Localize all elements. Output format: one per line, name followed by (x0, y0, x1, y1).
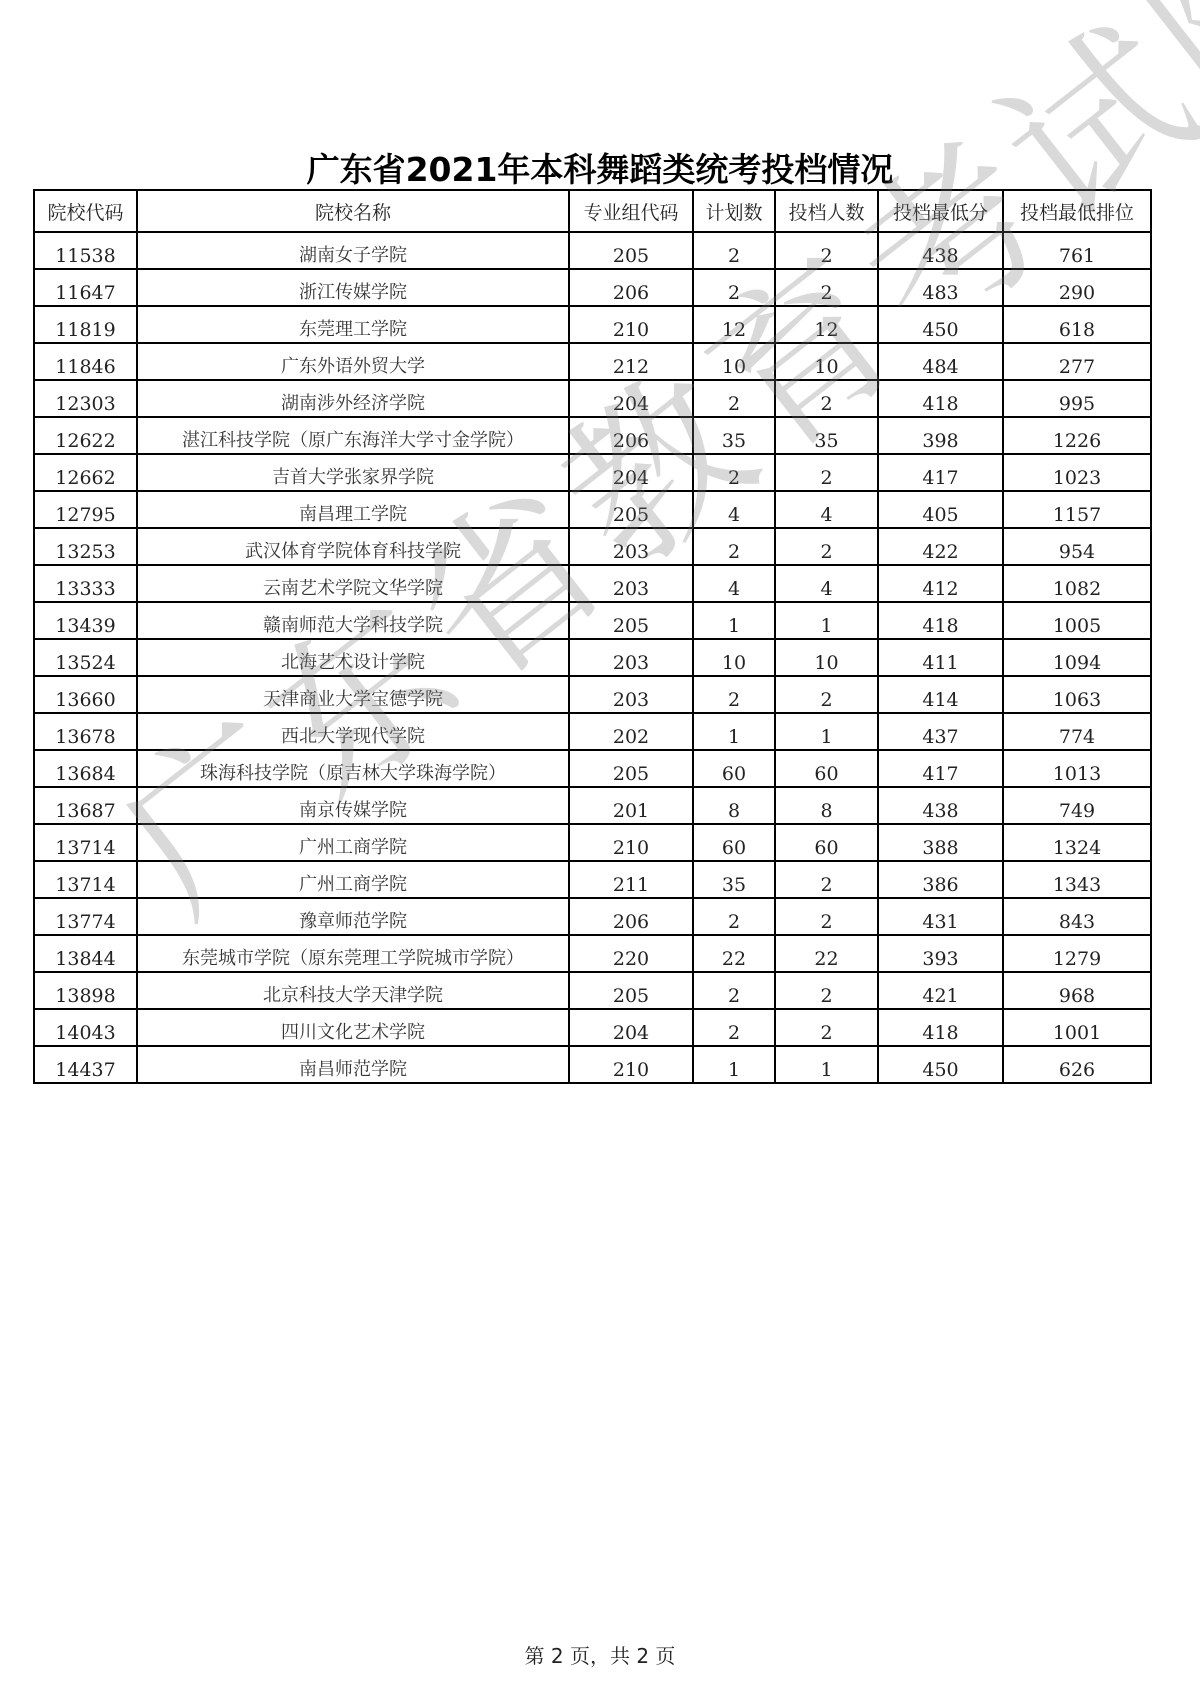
cell-school-name: 北京科技大学天津学院 (137, 972, 569, 1009)
cell-admitted-count: 60 (775, 750, 878, 787)
cell-group-code: 212 (569, 343, 693, 380)
table-header-row: 院校代码 院校名称 专业组代码 计划数 投档人数 投档最低分 投档最低排位 (34, 190, 1151, 232)
cell-group-code: 206 (569, 269, 693, 306)
cell-plan-count: 2 (693, 454, 775, 491)
cell-plan-count: 2 (693, 269, 775, 306)
table-row: 13253武汉体育学院体育科技学院20322422954 (34, 528, 1151, 565)
cell-min-rank: 1343 (1003, 861, 1151, 898)
cell-school-name: 豫章师范学院 (137, 898, 569, 935)
cell-group-code: 205 (569, 750, 693, 787)
table-row: 13439赣南师范大学科技学院205114181005 (34, 602, 1151, 639)
cell-admitted-count: 2 (775, 898, 878, 935)
cell-school-name: 东莞城市学院（原东莞理工学院城市学院） (137, 935, 569, 972)
cell-admitted-count: 1 (775, 602, 878, 639)
table-row: 14437南昌师范学院21011450626 (34, 1046, 1151, 1083)
cell-school-code: 14437 (34, 1046, 137, 1083)
header-min-score: 投档最低分 (878, 190, 1003, 232)
header-plan-count: 计划数 (693, 190, 775, 232)
cell-min-score: 398 (878, 417, 1003, 454)
cell-min-score: 484 (878, 343, 1003, 380)
cell-plan-count: 2 (693, 1009, 775, 1046)
cell-min-rank: 968 (1003, 972, 1151, 1009)
cell-min-rank: 1013 (1003, 750, 1151, 787)
cell-group-code: 202 (569, 713, 693, 750)
cell-group-code: 204 (569, 380, 693, 417)
cell-plan-count: 2 (693, 528, 775, 565)
cell-min-rank: 290 (1003, 269, 1151, 306)
cell-admitted-count: 12 (775, 306, 878, 343)
cell-min-rank: 626 (1003, 1046, 1151, 1083)
cell-min-score: 422 (878, 528, 1003, 565)
table-row: 13687南京传媒学院20188438749 (34, 787, 1151, 824)
table-body: 11538湖南女子学院2052243876111647浙江传媒学院2062248… (34, 232, 1151, 1083)
cell-school-code: 11538 (34, 232, 137, 269)
cell-school-code: 13774 (34, 898, 137, 935)
cell-school-code: 13844 (34, 935, 137, 972)
cell-group-code: 206 (569, 417, 693, 454)
cell-min-rank: 1094 (1003, 639, 1151, 676)
cell-school-code: 13714 (34, 861, 137, 898)
cell-group-code: 204 (569, 454, 693, 491)
cell-admitted-count: 2 (775, 676, 878, 713)
cell-admitted-count: 2 (775, 232, 878, 269)
cell-school-name: 湖南涉外经济学院 (137, 380, 569, 417)
cell-admitted-count: 2 (775, 454, 878, 491)
table-row: 13660天津商业大学宝德学院203224141063 (34, 676, 1151, 713)
cell-min-rank: 761 (1003, 232, 1151, 269)
cell-plan-count: 2 (693, 972, 775, 1009)
cell-min-score: 438 (878, 787, 1003, 824)
table-row: 13333云南艺术学院文华学院203444121082 (34, 565, 1151, 602)
cell-min-score: 386 (878, 861, 1003, 898)
cell-school-name: 南京传媒学院 (137, 787, 569, 824)
cell-plan-count: 1 (693, 1046, 775, 1083)
cell-group-code: 211 (569, 861, 693, 898)
cell-admitted-count: 2 (775, 861, 878, 898)
cell-min-rank: 749 (1003, 787, 1151, 824)
cell-admitted-count: 2 (775, 269, 878, 306)
cell-school-name: 云南艺术学院文华学院 (137, 565, 569, 602)
cell-school-code: 13684 (34, 750, 137, 787)
cell-admitted-count: 60 (775, 824, 878, 861)
cell-group-code: 220 (569, 935, 693, 972)
cell-min-score: 412 (878, 565, 1003, 602)
cell-group-code: 203 (569, 639, 693, 676)
cell-min-rank: 995 (1003, 380, 1151, 417)
cell-admitted-count: 2 (775, 1009, 878, 1046)
table-row: 11647浙江传媒学院20622483290 (34, 269, 1151, 306)
cell-plan-count: 1 (693, 602, 775, 639)
table-row: 13774豫章师范学院20622431843 (34, 898, 1151, 935)
header-school-code: 院校代码 (34, 190, 137, 232)
cell-min-score: 405 (878, 491, 1003, 528)
cell-school-code: 13714 (34, 824, 137, 861)
cell-min-score: 450 (878, 1046, 1003, 1083)
cell-school-code: 11846 (34, 343, 137, 380)
table-row: 11846广东外语外贸大学2121010484277 (34, 343, 1151, 380)
cell-plan-count: 22 (693, 935, 775, 972)
cell-school-name: 天津商业大学宝德学院 (137, 676, 569, 713)
cell-min-score: 388 (878, 824, 1003, 861)
cell-group-code: 210 (569, 1046, 693, 1083)
cell-school-name: 湖南女子学院 (137, 232, 569, 269)
cell-admitted-count: 10 (775, 343, 878, 380)
cell-school-code: 12662 (34, 454, 137, 491)
cell-school-code: 13687 (34, 787, 137, 824)
cell-plan-count: 35 (693, 861, 775, 898)
table-row: 13684珠海科技学院（原吉林大学珠海学院）20560604171013 (34, 750, 1151, 787)
cell-school-name: 浙江传媒学院 (137, 269, 569, 306)
table-row: 13678西北大学现代学院20211437774 (34, 713, 1151, 750)
cell-school-name: 赣南师范大学科技学院 (137, 602, 569, 639)
cell-school-name: 南昌理工学院 (137, 491, 569, 528)
cell-plan-count: 4 (693, 565, 775, 602)
cell-min-rank: 1023 (1003, 454, 1151, 491)
cell-plan-count: 8 (693, 787, 775, 824)
cell-school-code: 13678 (34, 713, 137, 750)
cell-group-code: 204 (569, 1009, 693, 1046)
cell-school-name: 广州工商学院 (137, 824, 569, 861)
cell-min-score: 417 (878, 750, 1003, 787)
cell-school-name: 北海艺术设计学院 (137, 639, 569, 676)
header-admitted-count: 投档人数 (775, 190, 878, 232)
cell-admitted-count: 10 (775, 639, 878, 676)
cell-admitted-count: 2 (775, 972, 878, 1009)
cell-min-rank: 1226 (1003, 417, 1151, 454)
cell-admitted-count: 35 (775, 417, 878, 454)
table-row: 13714广州工商学院2113523861343 (34, 861, 1151, 898)
cell-min-rank: 1063 (1003, 676, 1151, 713)
cell-min-score: 421 (878, 972, 1003, 1009)
header-group-code: 专业组代码 (569, 190, 693, 232)
cell-min-rank: 1324 (1003, 824, 1151, 861)
cell-admitted-count: 2 (775, 380, 878, 417)
cell-school-name: 广州工商学院 (137, 861, 569, 898)
cell-school-name: 东莞理工学院 (137, 306, 569, 343)
cell-admitted-count: 4 (775, 565, 878, 602)
cell-plan-count: 2 (693, 232, 775, 269)
cell-group-code: 203 (569, 676, 693, 713)
table-row: 13898北京科技大学天津学院20522421968 (34, 972, 1151, 1009)
cell-min-rank: 618 (1003, 306, 1151, 343)
cell-min-score: 438 (878, 232, 1003, 269)
cell-min-score: 414 (878, 676, 1003, 713)
cell-admitted-count: 2 (775, 528, 878, 565)
cell-group-code: 201 (569, 787, 693, 824)
cell-school-code: 13439 (34, 602, 137, 639)
cell-min-score: 483 (878, 269, 1003, 306)
cell-min-score: 418 (878, 602, 1003, 639)
cell-min-score: 431 (878, 898, 1003, 935)
cell-school-name: 广东外语外贸大学 (137, 343, 569, 380)
cell-admitted-count: 1 (775, 713, 878, 750)
cell-admitted-count: 8 (775, 787, 878, 824)
cell-school-name: 珠海科技学院（原吉林大学珠海学院） (137, 750, 569, 787)
cell-min-score: 418 (878, 1009, 1003, 1046)
cell-group-code: 210 (569, 306, 693, 343)
table-row: 13714广州工商学院21060603881324 (34, 824, 1151, 861)
table-row: 14043四川文化艺术学院204224181001 (34, 1009, 1151, 1046)
cell-group-code: 205 (569, 232, 693, 269)
cell-group-code: 205 (569, 602, 693, 639)
cell-plan-count: 12 (693, 306, 775, 343)
table-row: 13844东莞城市学院（原东莞理工学院城市学院）22022223931279 (34, 935, 1151, 972)
cell-min-score: 393 (878, 935, 1003, 972)
table-row: 12622湛江科技学院（原广东海洋大学寸金学院）20635353981226 (34, 417, 1151, 454)
cell-school-code: 13253 (34, 528, 137, 565)
cell-group-code: 206 (569, 898, 693, 935)
header-min-rank: 投档最低排位 (1003, 190, 1151, 232)
cell-school-code: 13660 (34, 676, 137, 713)
cell-admitted-count: 1 (775, 1046, 878, 1083)
table-row: 13524北海艺术设计学院20310104111094 (34, 639, 1151, 676)
cell-school-code: 12795 (34, 491, 137, 528)
cell-plan-count: 4 (693, 491, 775, 528)
cell-school-name: 吉首大学张家界学院 (137, 454, 569, 491)
admission-table: 院校代码 院校名称 专业组代码 计划数 投档人数 投档最低分 投档最低排位 11… (33, 189, 1152, 1084)
cell-school-code: 11647 (34, 269, 137, 306)
cell-school-name: 武汉体育学院体育科技学院 (137, 528, 569, 565)
cell-plan-count: 60 (693, 824, 775, 861)
table-row: 12662吉首大学张家界学院204224171023 (34, 454, 1151, 491)
cell-school-code: 13898 (34, 972, 137, 1009)
cell-min-score: 418 (878, 380, 1003, 417)
table-row: 12795南昌理工学院205444051157 (34, 491, 1151, 528)
cell-school-name: 南昌师范学院 (137, 1046, 569, 1083)
cell-group-code: 203 (569, 565, 693, 602)
cell-min-rank: 1001 (1003, 1009, 1151, 1046)
cell-admitted-count: 4 (775, 491, 878, 528)
cell-min-rank: 277 (1003, 343, 1151, 380)
cell-school-code: 12303 (34, 380, 137, 417)
cell-min-rank: 954 (1003, 528, 1151, 565)
cell-school-name: 四川文化艺术学院 (137, 1009, 569, 1046)
cell-min-score: 417 (878, 454, 1003, 491)
cell-school-code: 12622 (34, 417, 137, 454)
cell-plan-count: 2 (693, 380, 775, 417)
cell-min-rank: 774 (1003, 713, 1151, 750)
cell-school-code: 13333 (34, 565, 137, 602)
cell-min-score: 437 (878, 713, 1003, 750)
cell-min-rank: 1279 (1003, 935, 1151, 972)
cell-school-name: 湛江科技学院（原广东海洋大学寸金学院） (137, 417, 569, 454)
cell-school-code: 14043 (34, 1009, 137, 1046)
cell-group-code: 210 (569, 824, 693, 861)
cell-plan-count: 10 (693, 639, 775, 676)
cell-min-score: 411 (878, 639, 1003, 676)
cell-plan-count: 2 (693, 898, 775, 935)
cell-min-rank: 843 (1003, 898, 1151, 935)
table-row: 12303湖南涉外经济学院20422418995 (34, 380, 1151, 417)
header-school-name: 院校名称 (137, 190, 569, 232)
cell-admitted-count: 22 (775, 935, 878, 972)
cell-group-code: 205 (569, 972, 693, 1009)
cell-group-code: 205 (569, 491, 693, 528)
cell-plan-count: 35 (693, 417, 775, 454)
cell-min-rank: 1005 (1003, 602, 1151, 639)
table-row: 11819东莞理工学院2101212450618 (34, 306, 1151, 343)
cell-school-code: 13524 (34, 639, 137, 676)
cell-school-name: 西北大学现代学院 (137, 713, 569, 750)
page-footer: 第 2 页，共 2 页 (0, 1640, 1200, 1669)
cell-plan-count: 10 (693, 343, 775, 380)
cell-min-score: 450 (878, 306, 1003, 343)
cell-school-code: 11819 (34, 306, 137, 343)
cell-min-rank: 1082 (1003, 565, 1151, 602)
cell-plan-count: 1 (693, 713, 775, 750)
cell-plan-count: 2 (693, 676, 775, 713)
cell-group-code: 203 (569, 528, 693, 565)
table-row: 11538湖南女子学院20522438761 (34, 232, 1151, 269)
cell-plan-count: 60 (693, 750, 775, 787)
document-title: 广东省2021年本科舞蹈类统考投档情况 (0, 150, 1200, 190)
cell-min-rank: 1157 (1003, 491, 1151, 528)
